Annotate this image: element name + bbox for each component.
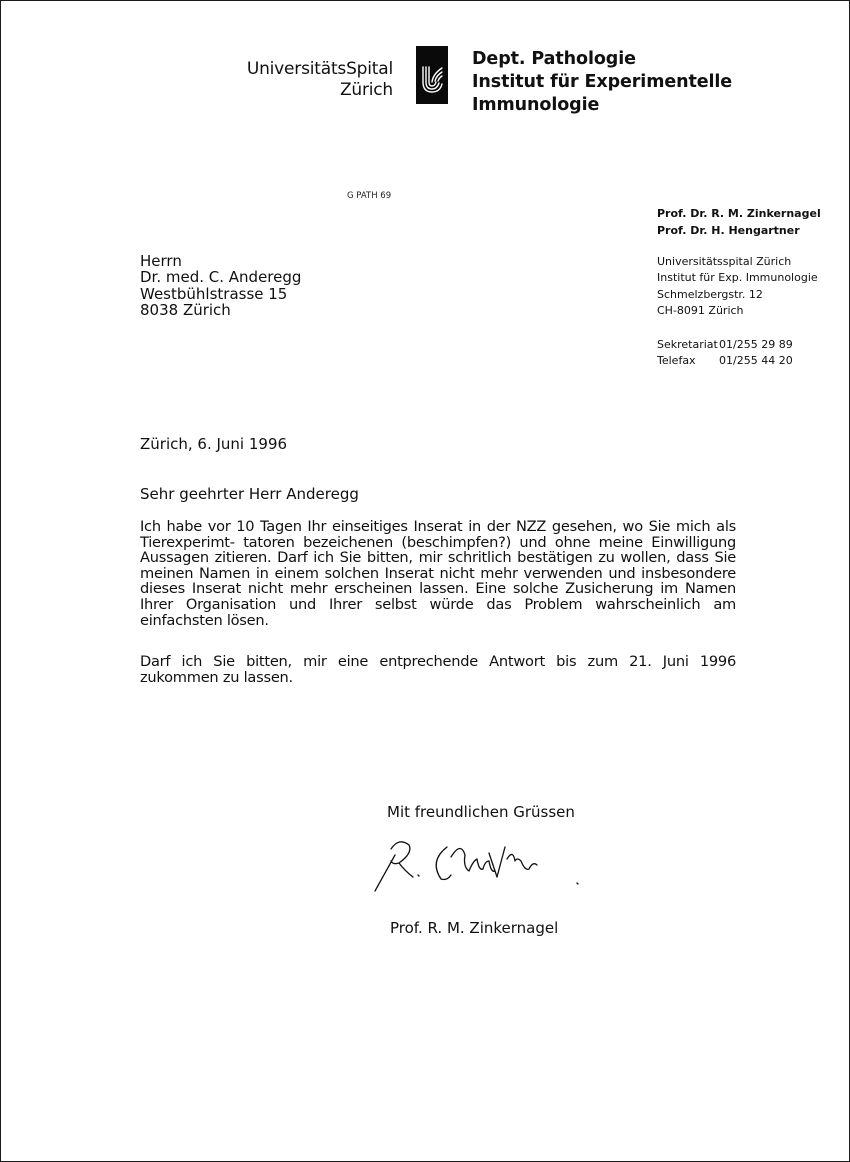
salutation: Sehr geehrter Herr Anderegg: [140, 485, 359, 503]
handwritten-signature-icon: [369, 831, 589, 896]
body-paragraph: Darf ich Sie bitten, mir eine entprechen…: [140, 654, 736, 685]
recipient-address: Herrn Dr. med. C. Anderegg Westbühlstras…: [140, 253, 301, 318]
contact-label: Telefax: [657, 353, 719, 369]
department-line: Institut für Experimentelle: [472, 71, 732, 94]
department-line: Dept. Pathologie: [472, 48, 732, 71]
contact-label: Sekretariat: [657, 337, 719, 353]
professor-name: Prof. Dr. R. M. Zinkernagel: [657, 205, 821, 222]
contact-value: 01/255 29 89: [719, 338, 793, 351]
closing-phrase: Mit freundlichen Grüssen: [387, 803, 575, 821]
signatory-name: Prof. R. M. Zinkernagel: [390, 919, 558, 937]
recipient-line: Westbühlstrasse 15: [140, 286, 301, 302]
institution-city-line: Zürich: [201, 80, 393, 101]
sender-address: Universitätsspital Zürich Institut für E…: [657, 254, 818, 319]
letter-date: Zürich, 6. Juni 1996: [140, 435, 287, 453]
reference-code: G PATH 69: [347, 191, 391, 201]
contact-row-telefax: Telefax01/255 44 20: [657, 353, 793, 369]
recipient-line: Herrn: [140, 253, 301, 269]
institution-name-line: UniversitätsSpital: [201, 59, 393, 80]
contact-row-secretariat: Sekretariat01/255 29 89: [657, 337, 793, 353]
professor-name: Prof. Dr. H. Hengartner: [657, 222, 821, 239]
sender-address-line: Schmelzbergstr. 12: [657, 287, 818, 303]
sender-address-line: CH-8091 Zürich: [657, 303, 818, 319]
recipient-line: Dr. med. C. Anderegg: [140, 269, 301, 285]
sender-contacts: Sekretariat01/255 29 89 Telefax01/255 44…: [657, 337, 793, 370]
sender-address-line: Universitätsspital Zürich: [657, 254, 818, 270]
department-line: Immunologie: [472, 94, 732, 117]
institution-name: UniversitätsSpital Zürich: [201, 59, 393, 101]
department-heading: Dept. Pathologie Institut für Experiment…: [472, 48, 732, 117]
letter-page: UniversitätsSpital Zürich Dept. Patholog…: [0, 0, 850, 1162]
recipient-line: 8038 Zürich: [140, 302, 301, 318]
sender-address-line: Institut für Exp. Immunologie: [657, 270, 818, 286]
body-paragraph: Ich habe vor 10 Tagen Ihr einseitiges In…: [140, 519, 736, 628]
sender-professors: Prof. Dr. R. M. Zinkernagel Prof. Dr. H.…: [657, 205, 821, 239]
contact-value: 01/255 44 20: [719, 354, 793, 367]
usz-wave-logo-icon: [416, 46, 448, 104]
